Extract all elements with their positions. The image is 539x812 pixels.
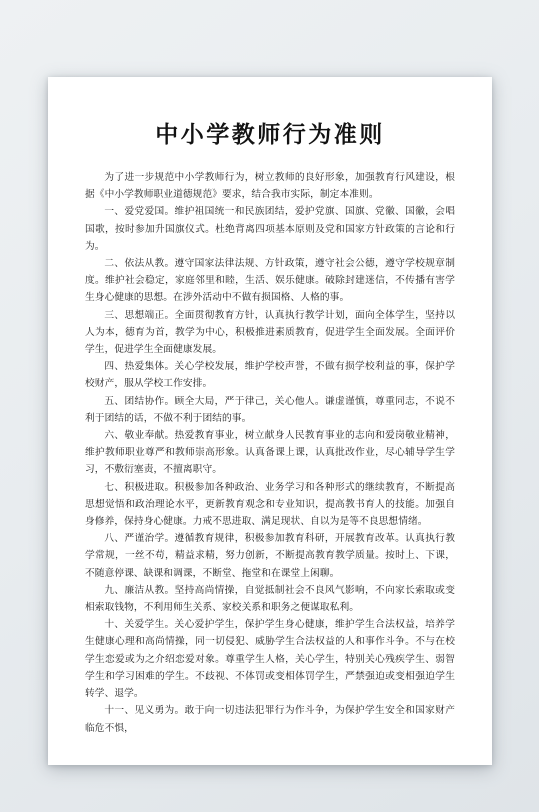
rule-item-8: 八、严谨治学。遵循教育规律，积极参加教育科研，开展教育改革。认真执行教学常规，一… <box>85 530 455 582</box>
rule-item-6: 六、敬业奉献。热爱教育事业，树立献身人民教育事业的志向和爱岗敬业精神，维护教师职… <box>85 427 455 479</box>
rule-item-10: 十、关爱学生。关心爱护学生，保护学生身心健康，维护学生合法权益，培养学生健康心理… <box>85 616 455 702</box>
intro-paragraph: 为了进一步规范中小学教师行为，树立教师的良好形象，加强教育行风建设，根据《中小学… <box>85 169 455 203</box>
document-body: 为了进一步规范中小学教师行为，树立教师的良好形象，加强教育行风建设，根据《中小学… <box>85 169 455 737</box>
rule-item-11: 十一、见义勇为。敢于向一切违法犯罪行为作斗争，为保护学生安全和国家财产临危不惧， <box>85 702 455 736</box>
document-page: 中小学教师行为准则 为了进一步规范中小学教师行为，树立教师的良好形象，加强教育行… <box>48 77 492 765</box>
rule-item-7: 七、积极进取。积极参加各种政治、业务学习和各种形式的继续教育，不断提高思想觉悟和… <box>85 479 455 531</box>
rule-item-3: 三、思想端正。全面贯彻教育方针，认真执行教学计划，面向全体学生，坚持以人为本，德… <box>85 307 455 359</box>
page-background: 中小学教师行为准则 为了进一步规范中小学教师行为，树立教师的良好形象，加强教育行… <box>0 0 539 812</box>
rule-item-2: 二、依法从教。遵守国家法律法规、方针政策，遵守社会公德，遵守学校规章制度。维护社… <box>85 255 455 307</box>
rule-item-5: 五、团结协作。顾全大局，严于律己，关心他人。谦虚谨慎，尊重同志，不说不利于团结的… <box>85 393 455 427</box>
document-title: 中小学教师行为准则 <box>85 123 455 147</box>
rule-item-1: 一、爱党爱国。维护祖国统一和民族团结，爱护党旗、国旗、党徽、国徽，会唱国歌，按时… <box>85 203 455 255</box>
rule-item-4: 四、热爱集体。关心学校发展，维护学校声誉，不做有损学校利益的事，保护学校财产，服… <box>85 358 455 392</box>
rule-item-9: 九、廉洁从教。坚持高尚情操，自觉抵制社会不良风气影响，不向家长索取或变相索取钱物… <box>85 582 455 616</box>
